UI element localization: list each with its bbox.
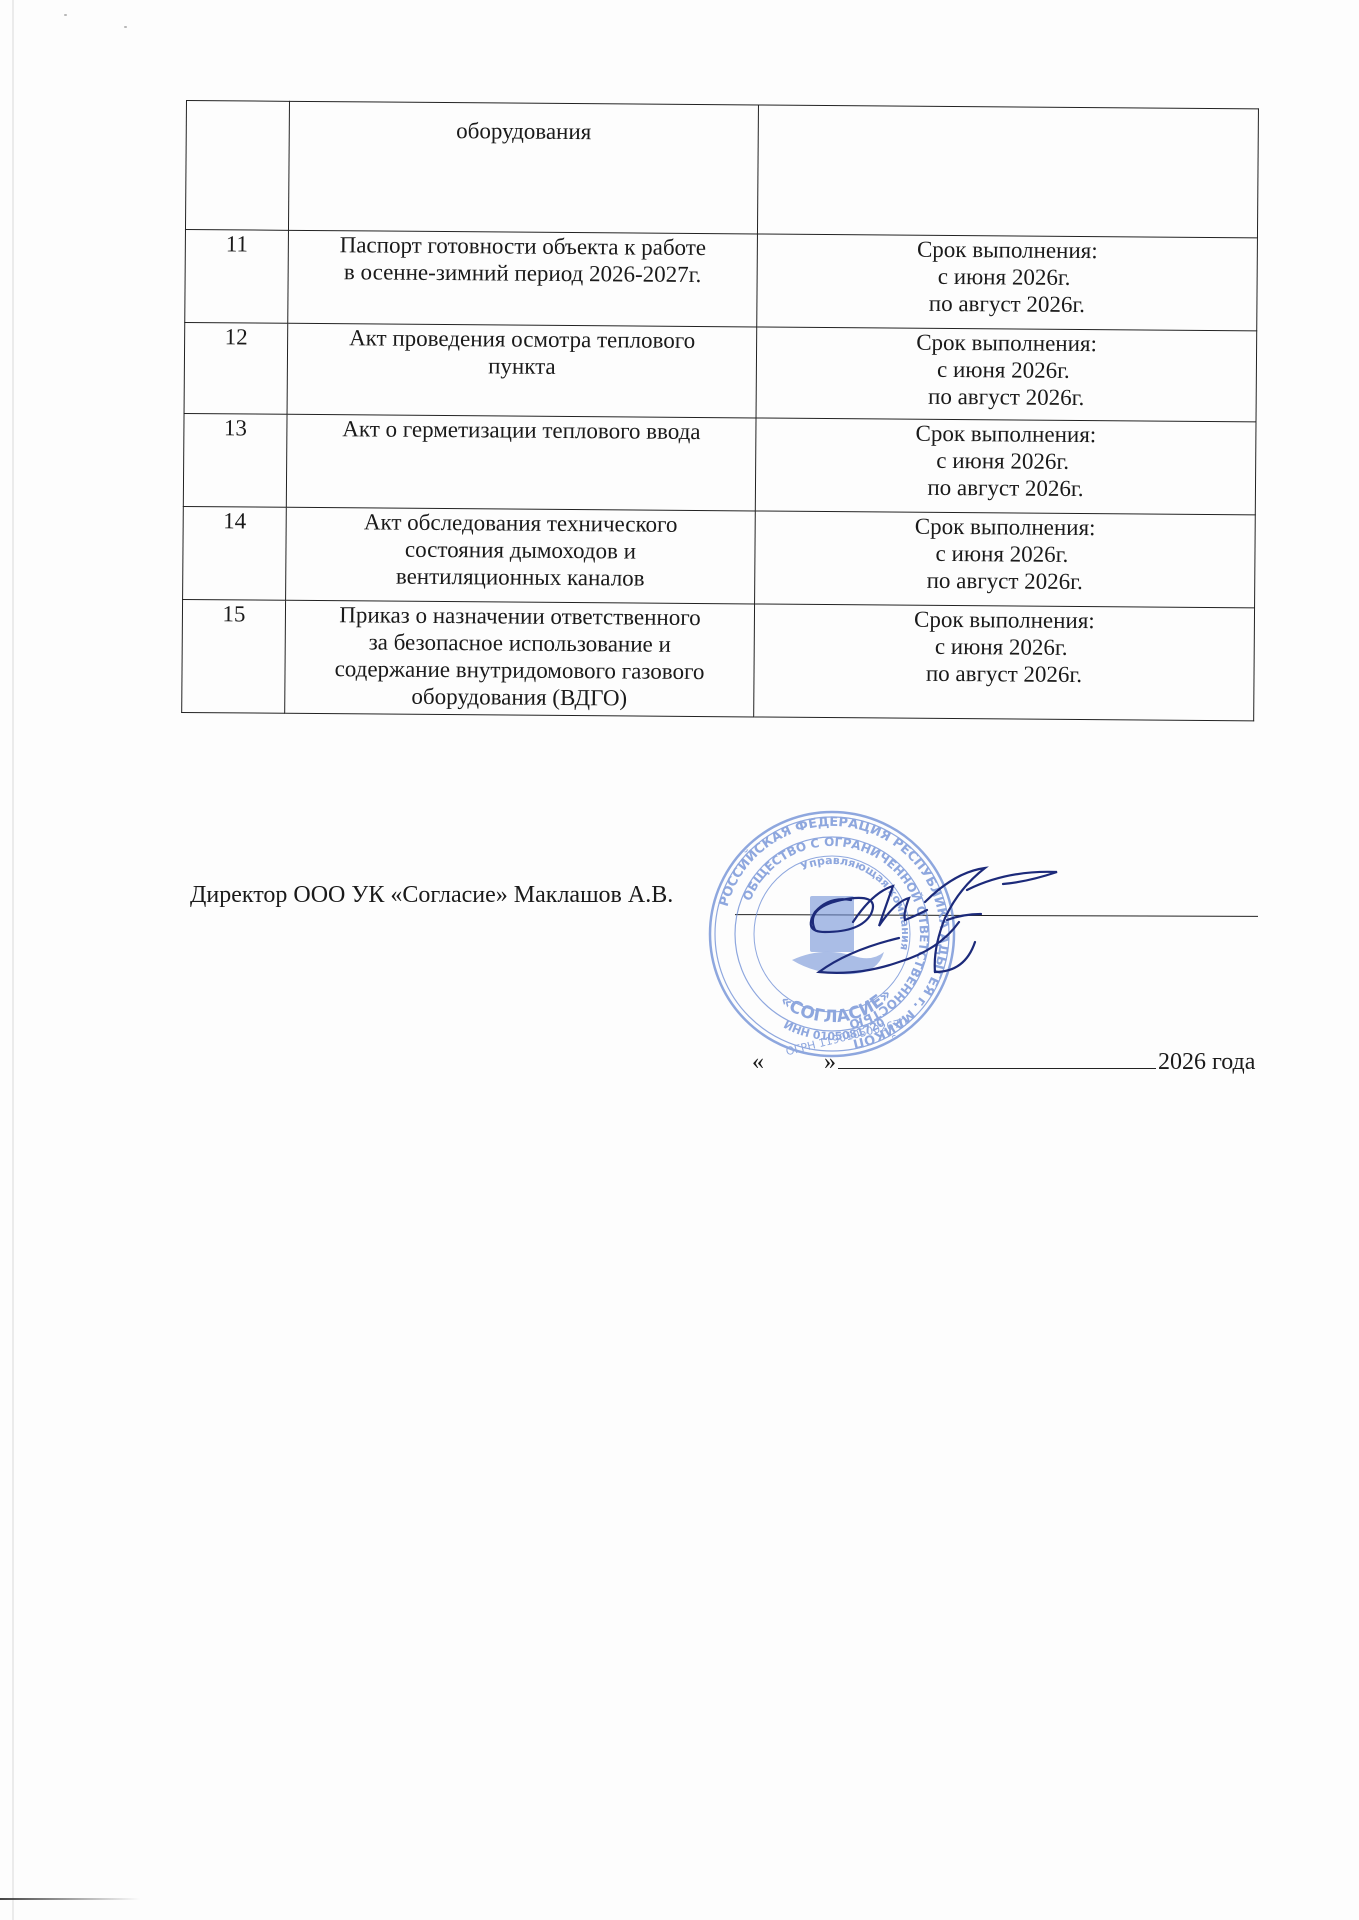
table-row: оборудования	[185, 101, 1258, 238]
document-name: оборудования	[288, 101, 758, 234]
deadline-line: Срок выполнения:	[760, 512, 1251, 543]
scan-edge	[12, 0, 14, 1920]
document-name-line: Паспорт готовности объекта к работе	[293, 231, 753, 262]
deadline-cell: Срок выполнения:с июня 2026г.по август 2…	[754, 604, 1255, 721]
document-name-line: в осенне-зимний период 2026-2027г.	[293, 258, 753, 289]
document-name-line: содержание внутридомового газового	[289, 655, 749, 686]
document-name-line: вентиляционных каналов	[290, 562, 750, 593]
deadline-line: Срок выполнения:	[759, 605, 1250, 636]
deadline-line: с июня 2026г.	[753, 631, 1250, 662]
row-number: 12	[184, 322, 288, 414]
deadline-cell: Срок выполнения:с июня 2026г.по август 2…	[756, 327, 1257, 422]
table-row: 15 Приказ о назначении ответственногоза …	[182, 599, 1255, 720]
document-name: Акт о герметизации теплового ввода	[286, 414, 756, 511]
document-name: Приказ о назначении ответственногоза без…	[285, 600, 755, 717]
deadline-line: Срок выполнения:	[761, 328, 1252, 359]
deadline-line: с июня 2026г.	[754, 445, 1251, 476]
deadline-line: с июня 2026г.	[753, 538, 1250, 569]
table-row: 14 Акт обследования техническогосостояни…	[183, 506, 1256, 607]
scan-edge	[0, 1898, 140, 1900]
deadline-cell	[757, 105, 1258, 238]
deadline-line: по август 2026г.	[760, 473, 1251, 504]
document-name: Паспорт готовности объекта к работев осе…	[288, 230, 758, 327]
row-number: 13	[183, 413, 287, 507]
document-name: Акт проведения осмотра тепловогопункта	[287, 323, 757, 418]
scan-speck	[124, 26, 127, 28]
documents-table: оборудования 11 Паспорт готовности объек…	[181, 100, 1259, 721]
deadline-line: по август 2026г.	[759, 566, 1250, 597]
handwritten-signature-icon	[795, 862, 1095, 1002]
document-name-line: Приказ о назначении ответственного	[290, 601, 750, 632]
deadline-cell: Срок выполнения:с июня 2026г.по август 2…	[755, 418, 1256, 515]
scan-speck	[64, 14, 67, 16]
document-name-line: состояния дымоходов и	[290, 535, 750, 566]
document-name-line: Акт проведения осмотра теплового	[292, 324, 752, 355]
row-number: 14	[183, 506, 287, 600]
director-signature-label: Директор ООО УК «Согласие» Маклашов А.В.	[190, 882, 673, 909]
deadline-cell: Срок выполнения:с июня 2026г.по август 2…	[755, 511, 1256, 608]
deadline-line: по август 2026г.	[758, 659, 1249, 690]
document-name-line: пункта	[292, 351, 752, 382]
deadline-line: Срок выполнения:	[760, 419, 1251, 450]
table-row: 13 Акт о герметизации теплового ввода Ср…	[183, 413, 1256, 514]
document-name-line: оборудования (ВДГО)	[289, 682, 749, 713]
deadline-line: по август 2026г.	[761, 289, 1252, 320]
document-name-line: Акт обследования технического	[291, 508, 751, 539]
table-row: 12 Акт проведения осмотра тепловогопункт…	[184, 322, 1257, 421]
deadline-line: с июня 2026г.	[756, 261, 1253, 292]
date-year: 2026 года	[1158, 1049, 1255, 1076]
row-number: 11	[185, 229, 289, 323]
document-name-line: оборудования	[294, 116, 754, 147]
document-name-line: Акт о герметизации теплового ввода	[291, 415, 751, 446]
deadline-cell: Срок выполнения:с июня 2026г.по август 2…	[757, 234, 1258, 331]
table-row: 11 Паспорт готовности объекта к работев …	[185, 229, 1258, 330]
document-name: Акт обследования техническогосостояния д…	[286, 507, 756, 604]
deadline-line: с июня 2026г.	[755, 354, 1252, 385]
row-number: 15	[182, 599, 286, 713]
deadline-line: Срок выполнения:	[762, 235, 1253, 266]
deadline-line: по август 2026г.	[761, 382, 1252, 413]
document-name-line: за безопасное использование и	[290, 628, 750, 659]
row-number	[185, 101, 289, 231]
